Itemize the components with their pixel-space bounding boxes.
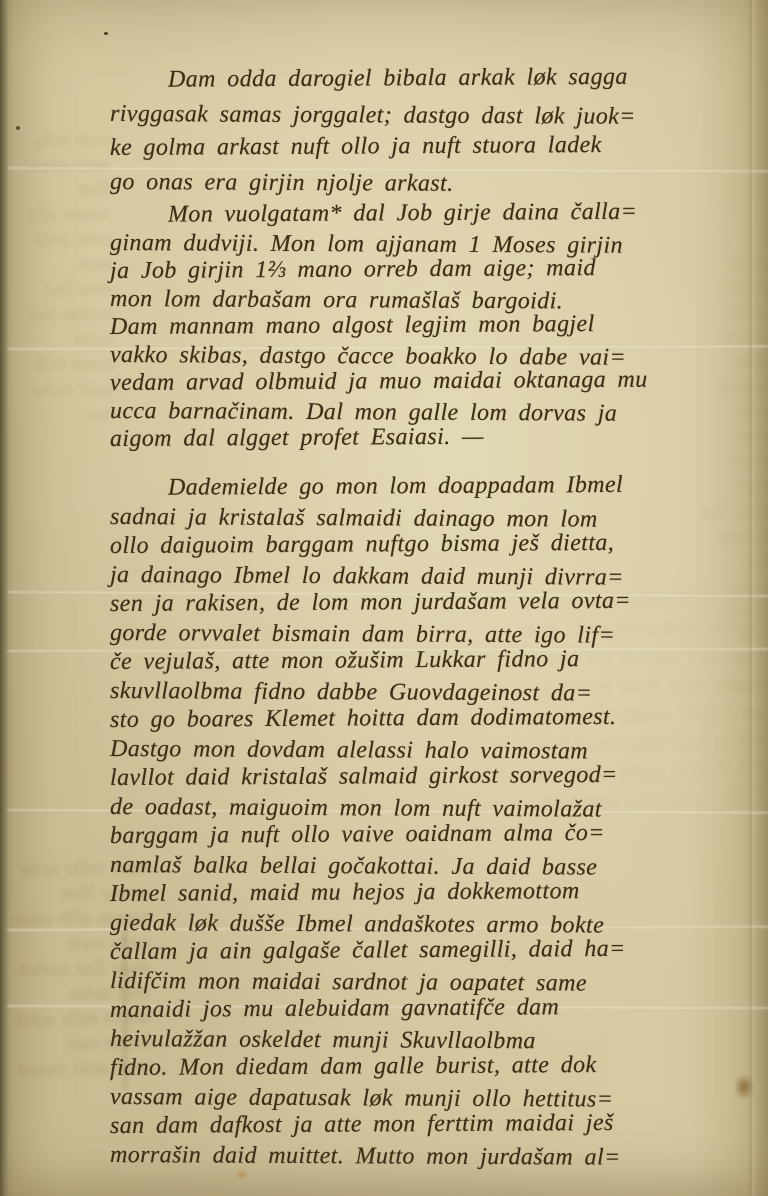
manuscript-line: ollo daiguoim barggam nuftgo bisma ješ d… [110, 528, 768, 561]
manuscript-line: Dam mannam mano algost legjim mon bagjel [110, 310, 768, 342]
bleed-through-ink: nam mlla senn amne llim samm alln emis a… [0, 127, 115, 429]
paragraph-3: Dademielde go mon lom doappadam Ibmel sa… [110, 474, 768, 1170]
manuscript-line: vedam arvad olbmuid ja muo maidai oktana… [110, 366, 768, 398]
page-edge [0, 0, 9, 1196]
manuscript-line: ja Job girjin 1⅔ mano orreb dam aige; ma… [110, 254, 768, 286]
manuscript-line: če vejulaš, atte mon ožušim Lukkar fidno… [110, 644, 768, 677]
paragraph-1: Dam odda darogiel bibala arkak løk sagga… [110, 64, 768, 200]
manuscript-line: Dademielde go mon lom doappadam Ibmel [110, 470, 768, 503]
manuscript-photo: { "document": { "kind": "handwritten man… [0, 0, 768, 1196]
manuscript-line: Mon vuolgatam* dal Job girje daina čalla… [110, 198, 768, 230]
manuscript-line: Ibmel sanid, maid mu hejos ja dokkemotto… [110, 876, 768, 909]
manuscript-line: čallam ja ain galgaše čallet samegilli, … [110, 934, 768, 967]
manuscript-line: sen ja rakisen, de lom mon jurdašam vela… [110, 586, 768, 619]
paragraph-2: Mon vuolgatam* dal Job girje daina čalla… [110, 202, 768, 454]
ink-speck [16, 126, 20, 130]
ink-speck [104, 32, 108, 35]
manuscript-line: aigom dal algget profet Esaiasi. — [110, 422, 768, 454]
manuscript-line: Dam odda darogiel bibala arkak løk sagga [110, 60, 768, 98]
manuscript-line: sto go boares Klemet hoitta dam dodimato… [110, 702, 768, 735]
manuscript-page: nam mlla senn amne llim samm alln emis a… [0, 0, 768, 1196]
handwritten-text: Dam odda darogiel bibala arkak løk sagga… [110, 64, 768, 1170]
manuscript-line: barggam ja nuft ollo vaive oaidnam alma … [110, 818, 768, 851]
manuscript-line: san dam dafkost ja atte mon ferttim maid… [110, 1108, 768, 1141]
manuscript-line: manaidi jos mu alebuidam gavnatifče dam [110, 992, 768, 1025]
manuscript-line: lavllot daid kristalaš salmaid girkost s… [110, 760, 768, 793]
manuscript-line: morrašin daid muittet. Mutto mon jurdaša… [110, 1141, 768, 1173]
manuscript-line: ke golma arkast nuft ollo ja nuft stuora… [110, 128, 768, 166]
rust-stain [236, 1170, 248, 1179]
manuscript-line: fidno. Mon diedam dam galle burist, atte… [110, 1050, 768, 1083]
